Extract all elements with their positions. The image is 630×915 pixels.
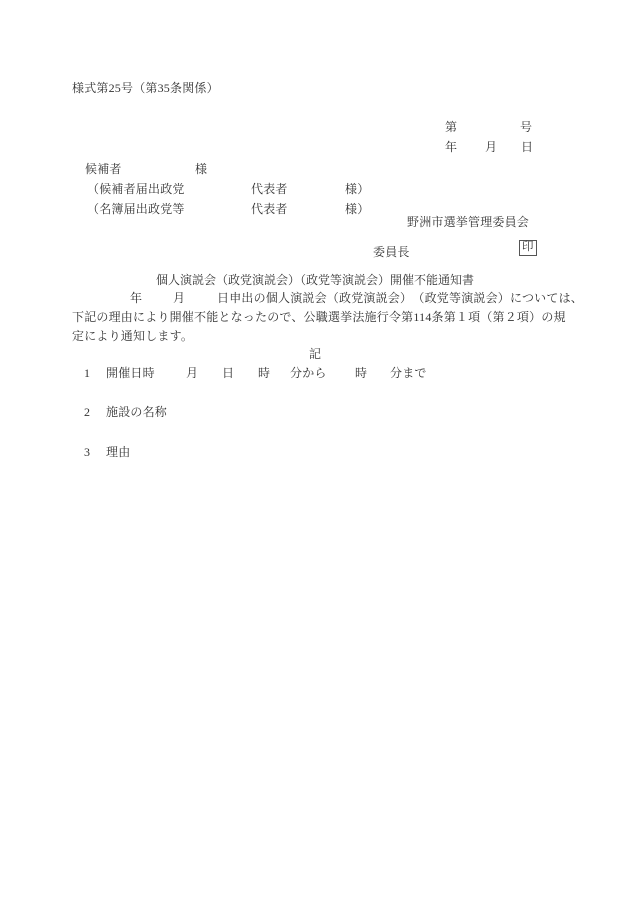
item1-number: 1 [84, 366, 90, 381]
recipient-party-open: （候補者届出政党 [87, 182, 185, 197]
body-line3: 定により通知します。 [72, 329, 193, 344]
item3-number: 3 [84, 445, 90, 460]
issuer-chairman-label: 委員長 [373, 245, 410, 260]
item1-minute-from-label: 分から [290, 366, 327, 381]
form-number: 様式第25号（第35条関係） [72, 81, 219, 96]
doc-no-suffix: 号 [520, 120, 532, 135]
item2-label: 施設の名称 [106, 405, 167, 420]
item1-hour-to-label: 時 [355, 366, 367, 381]
document-page: 様式第25号（第35条関係） 第 号 年 月 日 候補者 様 （候補者届出政党 … [0, 0, 630, 915]
item1-label: 開催日時 [106, 366, 155, 381]
seal-mark: 印 [519, 240, 537, 256]
recipient-list-party-honorific: 様） [345, 202, 369, 217]
item1-day-label: 日 [222, 366, 234, 381]
item1-minute-to-label: 分まで [390, 366, 427, 381]
body-date-year-label: 年 [130, 291, 142, 306]
issue-date-day-label: 日 [521, 140, 533, 155]
issue-date-month-label: 月 [485, 140, 497, 155]
recipient-candidate-label: 候補者 [85, 162, 122, 177]
recipient-list-party-representative: 代表者 [251, 202, 288, 217]
item2-number: 2 [84, 405, 90, 420]
item1-month-label: 月 [186, 366, 198, 381]
recipient-party-honorific: 様） [345, 182, 369, 197]
issuer-committee: 野洲市選挙管理委員会 [407, 215, 529, 230]
issue-date-year-label: 年 [445, 140, 457, 155]
body-date-month-label: 月 [173, 291, 185, 306]
record-heading: 記 [0, 347, 630, 362]
recipient-party-representative: 代表者 [251, 182, 288, 197]
document-title: 個人演説会（政党演説会）（政党等演説会）開催不能通知書 [0, 273, 630, 288]
recipient-list-party-open: （名簿届出政党等 [87, 202, 185, 217]
body-line1: 日申出の個人演説会（政党演説会） （政党等演説会）については、 [217, 291, 583, 306]
doc-no-prefix: 第 [445, 120, 457, 135]
item3-label: 理由 [106, 445, 130, 460]
recipient-candidate-honorific: 様 [195, 162, 207, 177]
item1-hour-from-label: 時 [258, 366, 270, 381]
body-line2: 下記の理由により開催不能となったので、公職選挙法施行令第114条第１項（第２項）… [72, 310, 566, 325]
